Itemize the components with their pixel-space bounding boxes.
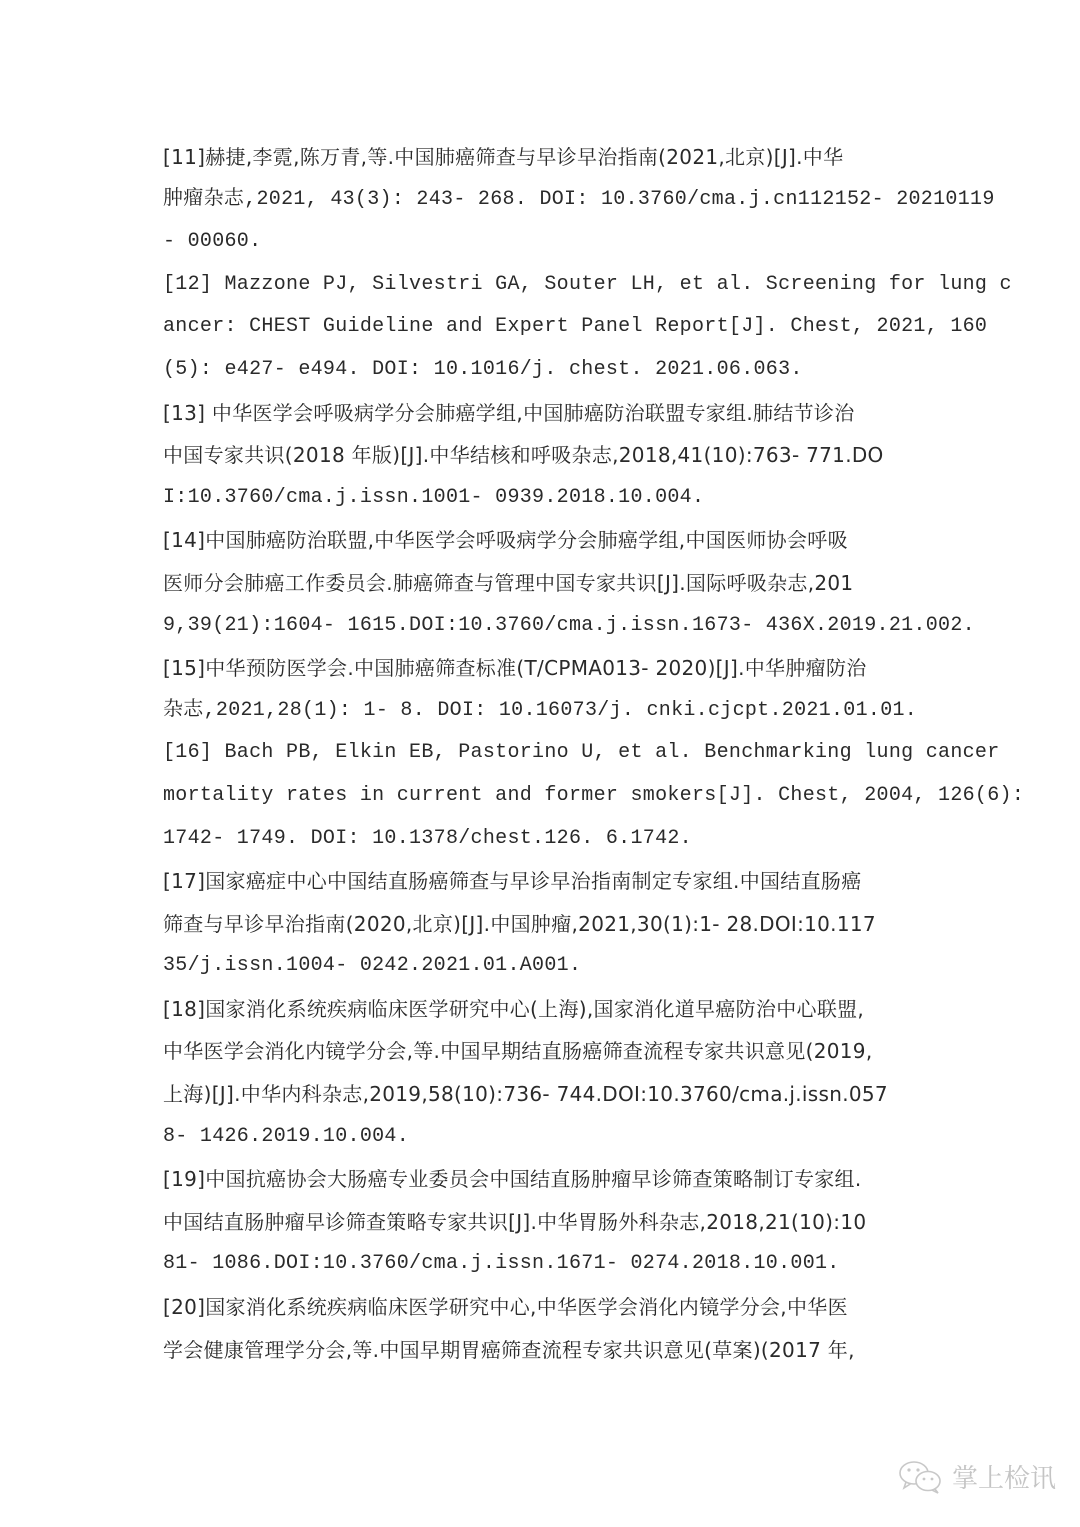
reference-line: 9,39(21):1604- 1615.DOI:10.3760/cma.j.is…	[163, 605, 917, 648]
reference-line: 肿瘤杂志,2021, 43(3): 243- 268. DOI: 10.3760…	[163, 179, 917, 222]
reference-line: 上海)[J].中华内科杂志,2019,58(10):736- 744.DOI:1…	[163, 1073, 917, 1116]
watermark: 掌上检讯	[898, 1458, 1056, 1495]
watermark-text: 掌上检讯	[952, 1458, 1056, 1495]
reference-19: [19]中国抗癌协会大肠癌专业委员会中国结直肠肿瘤早诊筛查策略制订专家组. 中国…	[163, 1158, 917, 1286]
reference-line: 中国结直肠肿瘤早诊筛查策略专家共识[J].中华胃肠外科杂志,2018,21(10…	[163, 1201, 917, 1244]
reference-line: [19]中国抗癌协会大肠癌专业委员会中国结直肠肿瘤早诊筛查策略制订专家组.	[163, 1158, 917, 1201]
reference-line: 81- 1086.DOI:10.3760/cma.j.issn.1671- 02…	[163, 1243, 917, 1286]
reference-line: ancer: CHEST Guideline and Expert Panel …	[163, 306, 917, 349]
reference-line: [16] Bach PB, Elkin EB, Pastorino U, et …	[163, 732, 917, 775]
reference-line: 中华医学会消化内镜学分会,等.中国早期结直肠癌筛查流程专家共识意见(2019,	[163, 1030, 917, 1073]
reference-line: [20]国家消化系统疾病临床医学研究中心,中华医学会消化内镜学分会,中华医	[163, 1286, 917, 1329]
reference-line: 中国专家共识(2018 年版)[J].中华结核和呼吸杂志,2018,41(10)…	[163, 434, 917, 477]
reference-line: [11]赫捷,李霓,陈万青,等.中国肺癌筛查与早诊早治指南(2021,北京)[J…	[163, 136, 917, 179]
reference-15: [15]中华预防医学会.中国肺癌筛查标准(T/CPMA013- 2020)[J]…	[163, 647, 917, 732]
reference-line: I:10.3760/cma.j.issn.1001- 0939.2018.10.…	[163, 477, 917, 520]
reference-line: 杂志,2021,28(1): 1- 8. DOI: 10.16073/j. cn…	[163, 690, 917, 733]
reference-line: [18]国家消化系统疾病临床医学研究中心(上海),国家消化道早癌防治中心联盟,	[163, 988, 917, 1031]
reference-14: [14]中国肺癌防治联盟,中华医学会呼吸病学分会肺癌学组,中国医师协会呼吸 医师…	[163, 519, 917, 647]
reference-list: [11]赫捷,李霓,陈万青,等.中国肺癌筛查与早诊早治指南(2021,北京)[J…	[163, 136, 917, 1371]
reference-12: [12] Mazzone PJ, Silvestri GA, Souter LH…	[163, 264, 917, 392]
reference-16: [16] Bach PB, Elkin EB, Pastorino U, et …	[163, 732, 917, 860]
reference-line: (5): e427- e494. DOI: 10.1016/j. chest. …	[163, 349, 917, 392]
reference-line: [17]国家癌症中心中国结直肠癌筛查与早诊早治指南制定专家组.中国结直肠癌	[163, 860, 917, 903]
reference-line: - 00060.	[163, 221, 917, 264]
reference-line: [12] Mazzone PJ, Silvestri GA, Souter LH…	[163, 264, 917, 307]
reference-line: mortality rates in current and former sm…	[163, 775, 917, 818]
reference-line: 学会健康管理学分会,等.中国早期胃癌筛查流程专家共识意见(草案)(2017 年,	[163, 1329, 917, 1372]
reference-line: [13] 中华医学会呼吸病学分会肺癌学组,中国肺癌防治联盟专家组.肺结节诊治	[163, 392, 917, 435]
reference-20: [20]国家消化系统疾病临床医学研究中心,中华医学会消化内镜学分会,中华医 学会…	[163, 1286, 917, 1371]
reference-line: 35/j.issn.1004- 0242.2021.01.A001.	[163, 945, 917, 988]
reference-line: [15]中华预防医学会.中国肺癌筛查标准(T/CPMA013- 2020)[J]…	[163, 647, 917, 690]
reference-11: [11]赫捷,李霓,陈万青,等.中国肺癌筛查与早诊早治指南(2021,北京)[J…	[163, 136, 917, 264]
reference-line: 8- 1426.2019.10.004.	[163, 1116, 917, 1159]
reference-18: [18]国家消化系统疾病临床医学研究中心(上海),国家消化道早癌防治中心联盟, …	[163, 988, 917, 1158]
reference-13: [13] 中华医学会呼吸病学分会肺癌学组,中国肺癌防治联盟专家组.肺结节诊治 中…	[163, 392, 917, 520]
wechat-icon	[898, 1460, 944, 1494]
reference-line: 1742- 1749. DOI: 10.1378/chest.126. 6.17…	[163, 818, 917, 861]
reference-line: [14]中国肺癌防治联盟,中华医学会呼吸病学分会肺癌学组,中国医师协会呼吸	[163, 519, 917, 562]
reference-17: [17]国家癌症中心中国结直肠癌筛查与早诊早治指南制定专家组.中国结直肠癌 筛查…	[163, 860, 917, 988]
reference-line: 筛查与早诊早治指南(2020,北京)[J].中国肿瘤,2021,30(1):1-…	[163, 903, 917, 946]
reference-line: 医师分会肺癌工作委员会.肺癌筛查与管理中国专家共识[J].国际呼吸杂志,201	[163, 562, 917, 605]
